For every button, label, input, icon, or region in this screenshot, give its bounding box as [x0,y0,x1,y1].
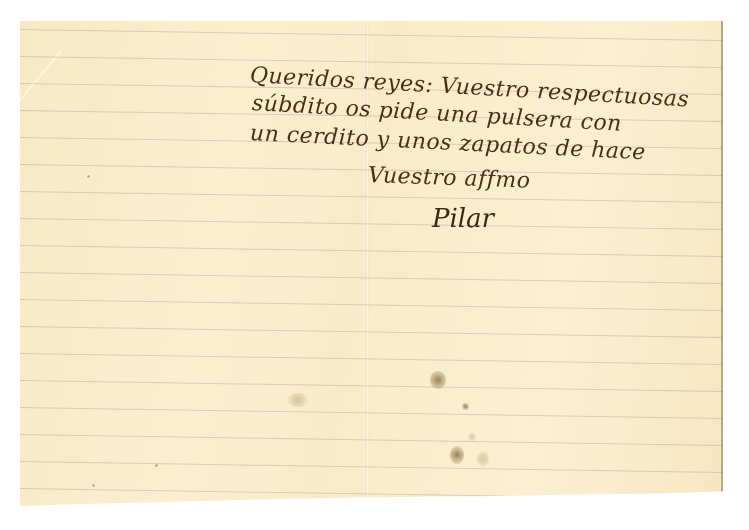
letter-body: Queridos reyes: Vuestro respectuosas súb… [20,21,723,511]
letter-paper: Queridos reyes: Vuestro respectuosas súb… [20,21,723,511]
letter-line-4: Vuestro affmo [368,163,531,194]
signature: Pilar [432,204,494,234]
